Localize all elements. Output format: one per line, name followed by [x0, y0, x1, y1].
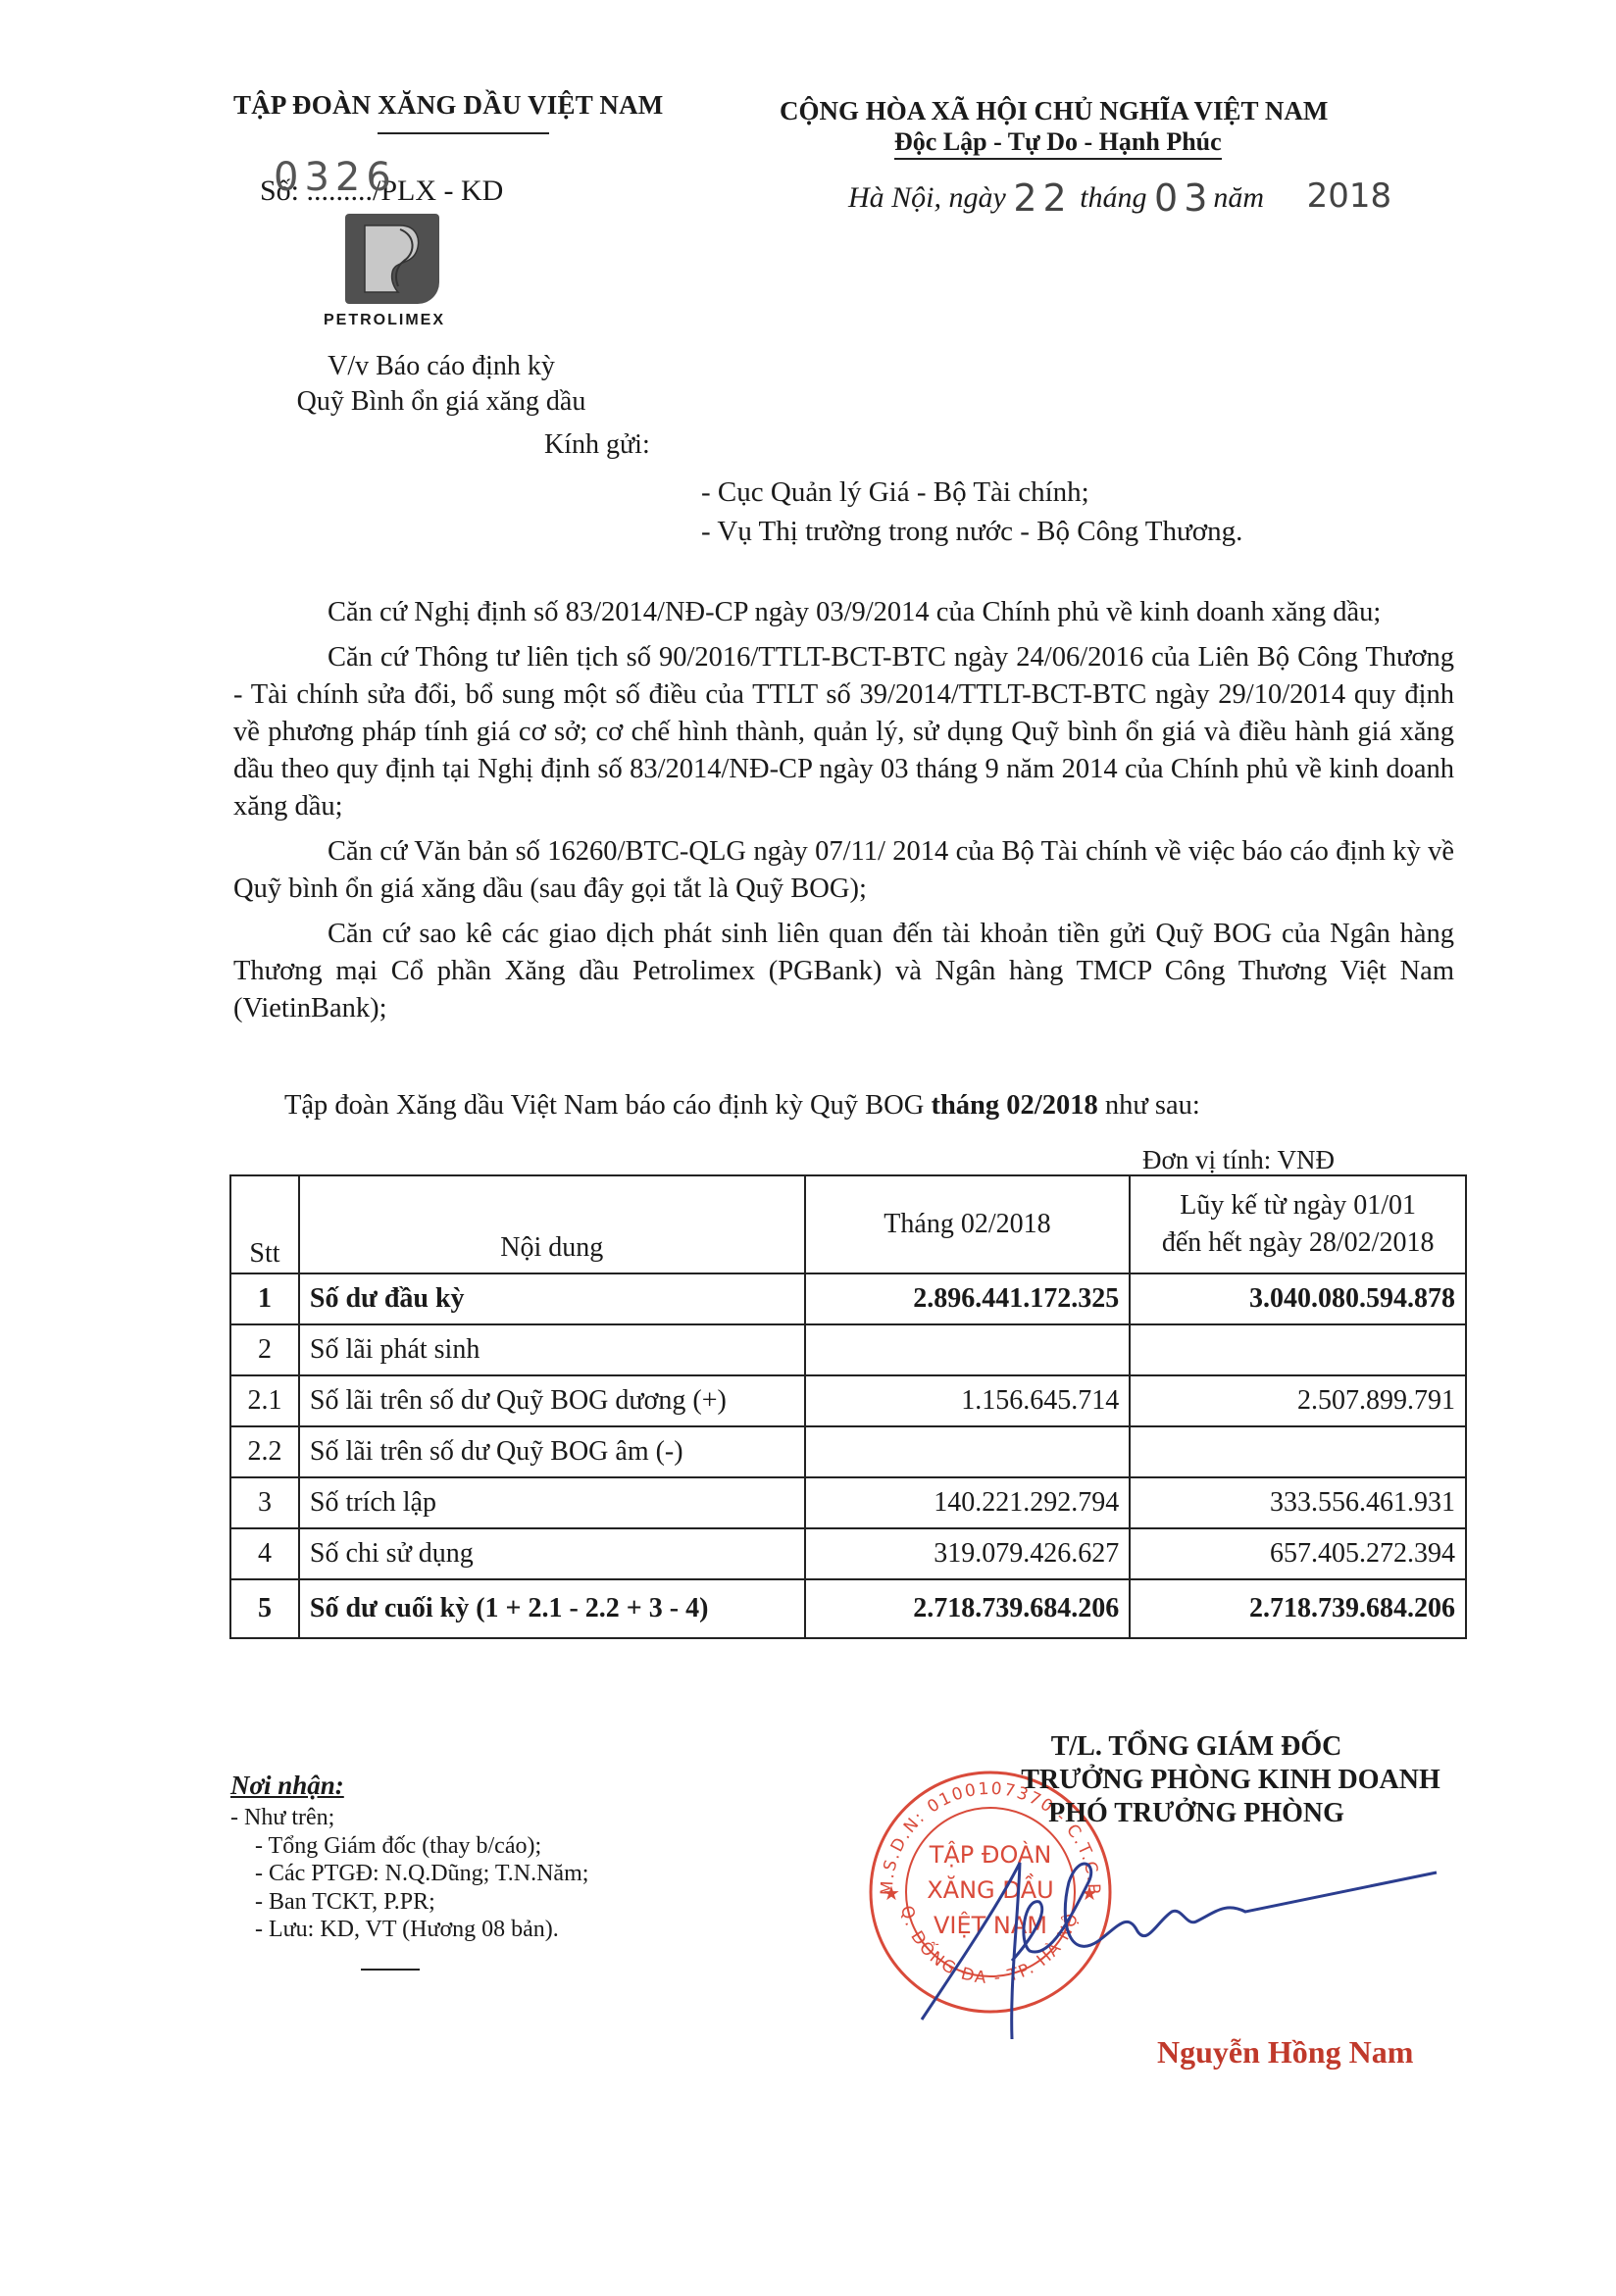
- distribution-item: - Các PTGĐ: N.Q.Dũng; T.N.Năm;: [230, 1860, 588, 1888]
- national-motto: Độc Lập - Tự Do - Hạnh Phúc: [894, 127, 1222, 160]
- header-stt: Stt: [230, 1175, 299, 1273]
- currency-unit: Đơn vị tính: VNĐ: [1142, 1145, 1335, 1175]
- date-year-label: năm: [1213, 181, 1264, 214]
- row-month-value: 319.079.426.627: [805, 1528, 1131, 1579]
- recipients-label: Kính gửi:: [544, 429, 650, 461]
- row-month-value: [805, 1426, 1131, 1477]
- svg-text:★: ★: [883, 1883, 900, 1905]
- row-content: Số lãi phát sinh: [299, 1324, 805, 1375]
- header-content: Nội dung: [299, 1175, 805, 1273]
- signature-title: PHÓ TRƯỞNG PHÒNG: [883, 1797, 1471, 1830]
- report-intro: Tập đoàn Xăng dầu Việt Nam báo cáo định …: [284, 1090, 1200, 1122]
- row-stt: 3: [230, 1477, 299, 1528]
- distribution-title: Nơi nhận:: [230, 1771, 344, 1801]
- row-ytd-value: [1130, 1324, 1466, 1375]
- subject-line: V/v Báo cáo định kỳ: [255, 349, 628, 384]
- row-stt: 2.2: [230, 1426, 299, 1477]
- distribution-item: - Như trên;: [230, 1804, 588, 1832]
- row-ytd-value: 2.507.899.791: [1130, 1375, 1466, 1426]
- signer-name: Nguyễn Hồng Nam: [1157, 2034, 1413, 2071]
- bog-report-table: Stt Nội dung Tháng 02/2018 Lũy kế từ ngà…: [229, 1174, 1467, 1639]
- header-ytd-line1: Lũy kế từ ngày 01/01: [1131, 1187, 1465, 1224]
- table-row: 2.1Số lãi trên số dư Quỹ BOG dương (+)1.…: [230, 1375, 1466, 1426]
- date-month: 03: [1154, 176, 1213, 220]
- logo-text: PETROLIMEX: [324, 312, 445, 329]
- row-stt: 2: [230, 1324, 299, 1375]
- header-ytd-line2: đến hết ngày 28/02/2018: [1131, 1224, 1465, 1262]
- row-stt: 5: [230, 1579, 299, 1638]
- table-row: 2Số lãi phát sinh: [230, 1324, 1466, 1375]
- body-paragraph: Căn cứ sao kê các giao dịch phát sinh li…: [233, 916, 1454, 1027]
- table-row: 4Số chi sử dụng319.079.426.627657.405.27…: [230, 1528, 1466, 1579]
- document-subject: V/v Báo cáo định kỳ Quỹ Bình ổn giá xăng…: [255, 349, 628, 420]
- distribution-item: - Lưu: KD, VT (Hương 08 bản).: [230, 1916, 588, 1944]
- row-content: Số dư đầu kỳ: [299, 1273, 805, 1324]
- row-content: Số dư cuối kỳ (1 + 2.1 - 2.2 + 3 - 4): [299, 1579, 805, 1638]
- row-content: Số lãi trên số dư Quỹ BOG dương (+): [299, 1375, 805, 1426]
- recipients-list: - Cục Quản lý Giá - Bộ Tài chính; - Vụ T…: [701, 473, 1242, 551]
- date-month-label: tháng: [1080, 181, 1146, 214]
- row-content: Số chi sử dụng: [299, 1528, 805, 1579]
- table-header-row: Stt Nội dung Tháng 02/2018 Lũy kế từ ngà…: [230, 1175, 1466, 1273]
- document-number: Số: ........./PLX - KD 0326: [260, 175, 503, 208]
- row-ytd-value: 3.040.080.594.878: [1130, 1273, 1466, 1324]
- header-month: Tháng 02/2018: [805, 1175, 1131, 1273]
- row-month-value: [805, 1324, 1131, 1375]
- organization-underline: [378, 132, 549, 134]
- table-row: 2.2Số lãi trên số dư Quỹ BOG âm (-): [230, 1426, 1466, 1477]
- table-row: 3Số trích lập140.221.292.794333.556.461.…: [230, 1477, 1466, 1528]
- row-stt: 1: [230, 1273, 299, 1324]
- signature-titles: T/L. TỔNG GIÁM ĐỐC TRƯỞNG PHÒNG KINH DOA…: [883, 1730, 1471, 1830]
- distribution-item: - Ban TCKT, P.PR;: [230, 1888, 588, 1917]
- row-ytd-value: [1130, 1426, 1466, 1477]
- row-month-value: 1.156.645.714: [805, 1375, 1131, 1426]
- date-day: 22: [1013, 176, 1072, 220]
- report-intro-text: Tập đoàn Xăng dầu Việt Nam báo cáo định …: [284, 1090, 924, 1121]
- handwritten-signature-icon: [902, 1843, 1451, 2039]
- body-paragraph: Căn cứ Văn bản số 16260/BTC-QLG ngày 07/…: [233, 833, 1454, 908]
- distribution-underline: [361, 1969, 420, 1971]
- body-paragraph: Căn cứ Thông tư liên tịch số 90/2016/TTL…: [233, 639, 1454, 825]
- document-body: Căn cứ Nghị định số 83/2014/NĐ-CP ngày 0…: [233, 594, 1454, 1035]
- table-row: 5Số dư cuối kỳ (1 + 2.1 - 2.2 + 3 - 4)2.…: [230, 1579, 1466, 1638]
- table-row: 1Số dư đầu kỳ2.896.441.172.3253.040.080.…: [230, 1273, 1466, 1324]
- date-prefix: Hà Nội, ngày: [848, 181, 1006, 214]
- organization-name: TẬP ĐOÀN XĂNG DẦU VIỆT NAM: [233, 90, 663, 121]
- row-stt: 4: [230, 1528, 299, 1579]
- row-month-value: 2.718.739.684.206: [805, 1579, 1131, 1638]
- row-month-value: 140.221.292.794: [805, 1477, 1131, 1528]
- distribution-item: - Tổng Giám đốc (thay b/cáo);: [230, 1832, 588, 1861]
- row-stt: 2.1: [230, 1375, 299, 1426]
- header-ytd: Lũy kế từ ngày 01/01 đến hết ngày 28/02/…: [1130, 1175, 1466, 1273]
- subject-line: Quỹ Bình ổn giá xăng dầu: [255, 384, 628, 420]
- recipient-item: - Vụ Thị trường trong nước - Bộ Công Thư…: [701, 512, 1242, 551]
- date-year: 2018: [1307, 176, 1392, 216]
- report-suffix: như sau:: [1105, 1090, 1200, 1121]
- row-ytd-value: 2.718.739.684.206: [1130, 1579, 1466, 1638]
- report-period: tháng 02/2018: [931, 1090, 1097, 1121]
- nation-title: CỘNG HÒA XÃ HỘI CHỦ NGHĨA VIỆT NAM: [780, 96, 1328, 126]
- signature-title: TRƯỞNG PHÒNG KINH DOANH: [883, 1764, 1471, 1797]
- row-ytd-value: 657.405.272.394: [1130, 1528, 1466, 1579]
- row-content: Số lãi trên số dư Quỹ BOG âm (-): [299, 1426, 805, 1477]
- recipient-item: - Cục Quản lý Giá - Bộ Tài chính;: [701, 473, 1242, 512]
- signature-title: T/L. TỔNG GIÁM ĐỐC: [883, 1730, 1471, 1764]
- row-ytd-value: 333.556.461.931: [1130, 1477, 1466, 1528]
- document-date: Hà Nội, ngày 22 tháng 03năm 2018: [848, 176, 1391, 220]
- distribution-list: - Như trên;- Tổng Giám đốc (thay b/cáo);…: [230, 1804, 588, 1944]
- petrolimex-logo-icon: [345, 214, 439, 304]
- row-month-value: 2.896.441.172.325: [805, 1273, 1131, 1324]
- document-number-stamp: 0326: [274, 155, 397, 200]
- body-paragraph: Căn cứ Nghị định số 83/2014/NĐ-CP ngày 0…: [233, 594, 1454, 631]
- row-content: Số trích lập: [299, 1477, 805, 1528]
